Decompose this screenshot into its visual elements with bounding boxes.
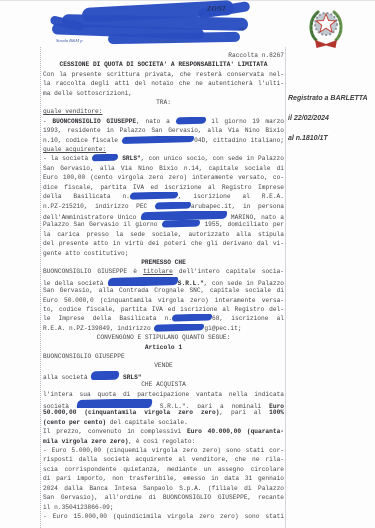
text-segment: il n.3504123866-09; [43,504,114,511]
text-line: Euro 100,00 (cento virgola zero zero) in… [43,173,284,182]
text-segment: BUONCONSIGLIO GIUSEPPE [52,118,136,125]
stamp-line-number: al n.1810/1T [288,135,374,143]
text-segment: - [43,118,52,125]
text-line: BUONCONSIGLIO GIUSEPPE è titolare dell'i… [43,267,284,276]
text-segment: arubapec.it, in persona [191,203,284,210]
text-line: dell'Amministratore Unico MARINO, nato a [43,211,284,220]
redaction-scribble [92,154,119,161]
redaction-scribble [161,220,200,228]
text-segment: 1993, residente in Palazzo San Gervasio,… [43,127,284,134]
text-segment: TRA: [156,99,171,106]
text-segment: mila virgola zero zero) [43,438,128,445]
text-segment: CESSIONE DI QUOTA DI SOCIETA' A RESPONSA… [60,61,268,68]
text-line: risposti dalla società acquirente al ven… [43,455,284,464]
text-line: mila virgola zero zero), è così regolato… [43,437,284,446]
redaction-scribble [175,117,206,124]
text-line: le della società S.R.L.", con sede in Pa… [43,277,284,286]
right-margin-line [285,47,286,528]
document-body: Raccolta n.8267CESSIONE DI QUOTA DI SOCI… [43,51,284,521]
text-segment: dice fiscale, partita IVA ed iscrizione … [43,184,284,191]
text-segment: la carica presso la sede sociale, autori… [43,231,284,238]
text-line: dice fiscale, partita IVA ed iscrizione … [43,183,284,192]
text-line: - la società SRLS", con unico socio, con… [43,154,284,163]
text-line: della Basilicata n., iscrizione al R.E.A… [43,192,284,201]
text-line: Il prezzo, convenuto in complessivi Euro… [43,427,284,436]
text-segment: San Gervasio), all'ordine di BUONCONSIGL… [43,494,284,501]
text-segment: risposti dalla società acquirente al ven… [43,456,284,463]
text-segment: la raccolta degli atti del notaio che ne… [43,80,284,87]
text-segment: del presente atto in virtù dei poteri ch… [43,240,284,247]
stamp-line-place: Registrato a BARLETTA [288,95,374,103]
redaction-scribble [154,324,205,332]
text-segment: del capitale sociale. [106,419,188,426]
text-line: to, codice fiscale, partita IVA ed iscri… [43,305,284,314]
text-segment: Euro 100,00 (cento virgola zero zero) in… [43,174,284,181]
text-segment: Il prezzo, convenuto in complessivi [43,428,187,435]
text-line: quale acquirente: [43,145,284,154]
redaction-scribble [122,136,195,144]
text-segment: San Gervasio, alla Via Nino Bixio n.14, … [43,165,284,172]
text-line: - BUONCONSIGLIO GIUSEPPE, nato a il gior… [43,117,284,126]
text-line: la carica presso la sede sociale, autori… [43,230,284,239]
text-line: scia corrispondente quietanza, mediante … [43,465,284,474]
text-segment: dell'intero capitale socia- [173,268,284,275]
text-segment: , iscrizione al R.E.A. [178,193,284,200]
text-segment: Palazzo San Gervasio il giorno [43,221,162,228]
text-line: Palazzo San Gervasio il giorno 1955, dom… [43,220,284,229]
text-segment: di pari importo, non trasferibile, emess… [43,475,284,482]
text-line: PREMESSO CHE [43,258,284,267]
text-line: 1993, residente in Palazzo San Gervasio,… [43,126,284,135]
text-segment: CHE ACQUISTA [141,381,186,388]
text-line: - Euro 5.000,00 (cinquemila virgola zero… [43,446,284,455]
redaction-scribble [76,399,152,408]
text-segment: n.PZ-215210, indirizzo PEC [43,203,155,210]
text-line: quale venditore: [43,107,284,116]
text-line: Con la presente scrittura privata, che r… [43,70,284,79]
text-line: Raccolta n.8267 [43,51,284,60]
letterhead-address-fragment-left: Strada B&M p [56,38,83,43]
text-segment: 68, iscrizione al [212,315,284,322]
text-line: società S.R.L.", pari a nominali Euro [43,399,284,408]
text-segment: Euro 50.000,0 (cinquantamila virgola zer… [43,297,284,304]
text-segment: PREMESSO CHE [141,259,186,266]
redaction-scribble [107,277,178,286]
text-segment: , pari al [219,409,269,416]
text-line: VENDE [43,361,284,370]
text-line: San Gervasio, alla Contrada Crognale SNC… [43,286,284,295]
text-line: Articolo 1 [43,343,284,352]
text-segment: (cento per cento) [43,419,106,426]
registration-stamp: Registrato a BARLETTA il 22/02/2024 al n… [288,95,374,155]
text-segment: le Imprese della Basilicata n. [43,315,172,322]
text-segment: 50.000,00 (cinquantamila virgola zero ze… [43,409,219,416]
text-segment: , con unico socio, con sede in Palazzo [141,155,284,162]
letterhead-name-fragment: ZONI [207,5,226,13]
text-segment: Euro 40.000,00 (quaranta- [187,428,284,435]
text-line: BUONCONSIGLIO GIUSEPPE [43,352,284,361]
italian-republic-emblem-icon [308,7,344,51]
text-segment: ma delle sottoscrizioni, [43,90,132,97]
text-segment: l'intera sua quota di partecipazione van… [43,391,284,398]
text-segment: SRLS" [123,374,142,380]
text-segment: CONVENGONO E STIPULANO QUANTO SEGUE: [97,334,231,341]
text-segment: scia corrispondente quietanza, mediante … [43,466,284,473]
text-segment: 2024 dalla Banca Intesa Sanpaolo S.p.A. … [43,485,284,492]
text-segment: 100% [269,409,284,416]
text-line: la raccolta degli atti del notaio che ne… [43,79,284,88]
text-segment: il giorno 19 marzo [206,118,285,125]
text-line: alla società SRLS" [43,371,284,380]
text-segment: alla società [43,374,91,380]
text-segment: della Basilicata n. [43,193,130,200]
left-margin-line [40,47,41,528]
text-line: del presente atto in virtù dei poteri ch… [43,239,284,248]
text-segment: , nato a [136,118,175,125]
notarial-deed-page: ZONI s.it Strada B&M p di-consulenza…o.i… [0,0,375,528]
text-line: San Gervasio), all'ordine di BUONCONSIGL… [43,493,284,502]
redaction-scribble [140,211,227,220]
text-segment: BUONCONSIGLIO GIUSEPPE [43,353,125,360]
text-segment: San Gervasio, alla Contrada Crognale SNC… [43,287,284,294]
text-segment: n.10, codice fiscale [43,137,122,144]
letterhead-address-fragment-right: di-consulenza…o.it [150,38,185,43]
text-line: ma delle sottoscrizioni, [43,89,284,98]
text-line: il n.3504123866-09; [43,503,284,512]
text-segment: , è così regolato: [128,438,195,445]
text-line: le Imprese della Basilicata n.68, iscriz… [43,314,284,323]
redaction-scribble [129,192,178,200]
text-segment: Raccolta n.8267 [228,52,284,59]
text-segment: quale venditore: [43,108,102,115]
text-line: Euro 50.000,0 (cinquantamila virgola zer… [43,296,284,305]
text-line: 2024 dalla Banca Intesa Sanpaolo S.p.A. … [43,484,284,493]
text-line: San Gervasio, alla Via Nino Bixio n.14, … [43,164,284,173]
text-segment: Con la presente scrittura privata, che r… [43,71,284,78]
text-line: (cento per cento) del capitale sociale. [43,418,284,427]
text-segment: to, codice fiscale, partita IVA ed iscri… [43,306,284,313]
text-line: di pari importo, non trasferibile, emess… [43,474,284,483]
text-line: CHE ACQUISTA [43,380,284,389]
text-line: n.PZ-215210, indirizzo PEC arubapec.it, … [43,202,284,211]
text-segment: - Euro 15.000,00 (quindicimila virgola z… [43,513,284,520]
text-line: CONVENGONO E STIPULANO QUANTO SEGUE: [43,333,284,342]
text-line: 50.000,00 (cinquantamila virgola zero ze… [43,408,284,417]
text-segment: gi@pec.it; [204,325,241,332]
text-line: TRA: [43,98,284,107]
text-segment: - Euro 5.000,00 (cinquemila virgola zero… [43,447,284,454]
text-segment: VENDE [154,362,173,369]
text-segment: 1955, domiciliato per [200,221,284,228]
text-line: - Euro 15.000,00 (quindicimila virgola z… [43,512,284,521]
text-segment: gente atto costitutivo; [43,250,128,257]
text-segment: - la società [43,155,92,162]
text-line: R.E.A. n.PZ-139849, indirizzo gi@pec.it; [43,324,284,333]
text-line: CESSIONE DI QUOTA DI SOCIETA' A RESPONSA… [43,60,284,69]
text-segment: quale acquirente: [43,146,106,153]
text-line: l'intera sua quota di partecipazione van… [43,390,284,399]
stamp-line-date: il 22/02/2024 [288,115,374,123]
text-line: n.10, codice fiscale 04D, cittadino ital… [43,136,284,145]
letterhead-web-fragment: s.it [239,26,244,31]
redaction-scribble [172,314,213,322]
redaction-scribble [91,371,120,380]
text-segment: titolare [143,268,173,275]
text-segment: SRLS" [122,155,141,162]
text-segment: Articolo 1 [145,344,182,351]
text-line: gente atto costitutivo; [43,249,284,258]
text-segment: 04D, cittadino italiano; [194,137,284,144]
text-segment: BUONCONSIGLIO GIUSEPPE è [43,268,143,275]
redaction-scribble [154,202,191,210]
text-segment: R.E.A. n.PZ-139849, indirizzo [43,325,154,332]
